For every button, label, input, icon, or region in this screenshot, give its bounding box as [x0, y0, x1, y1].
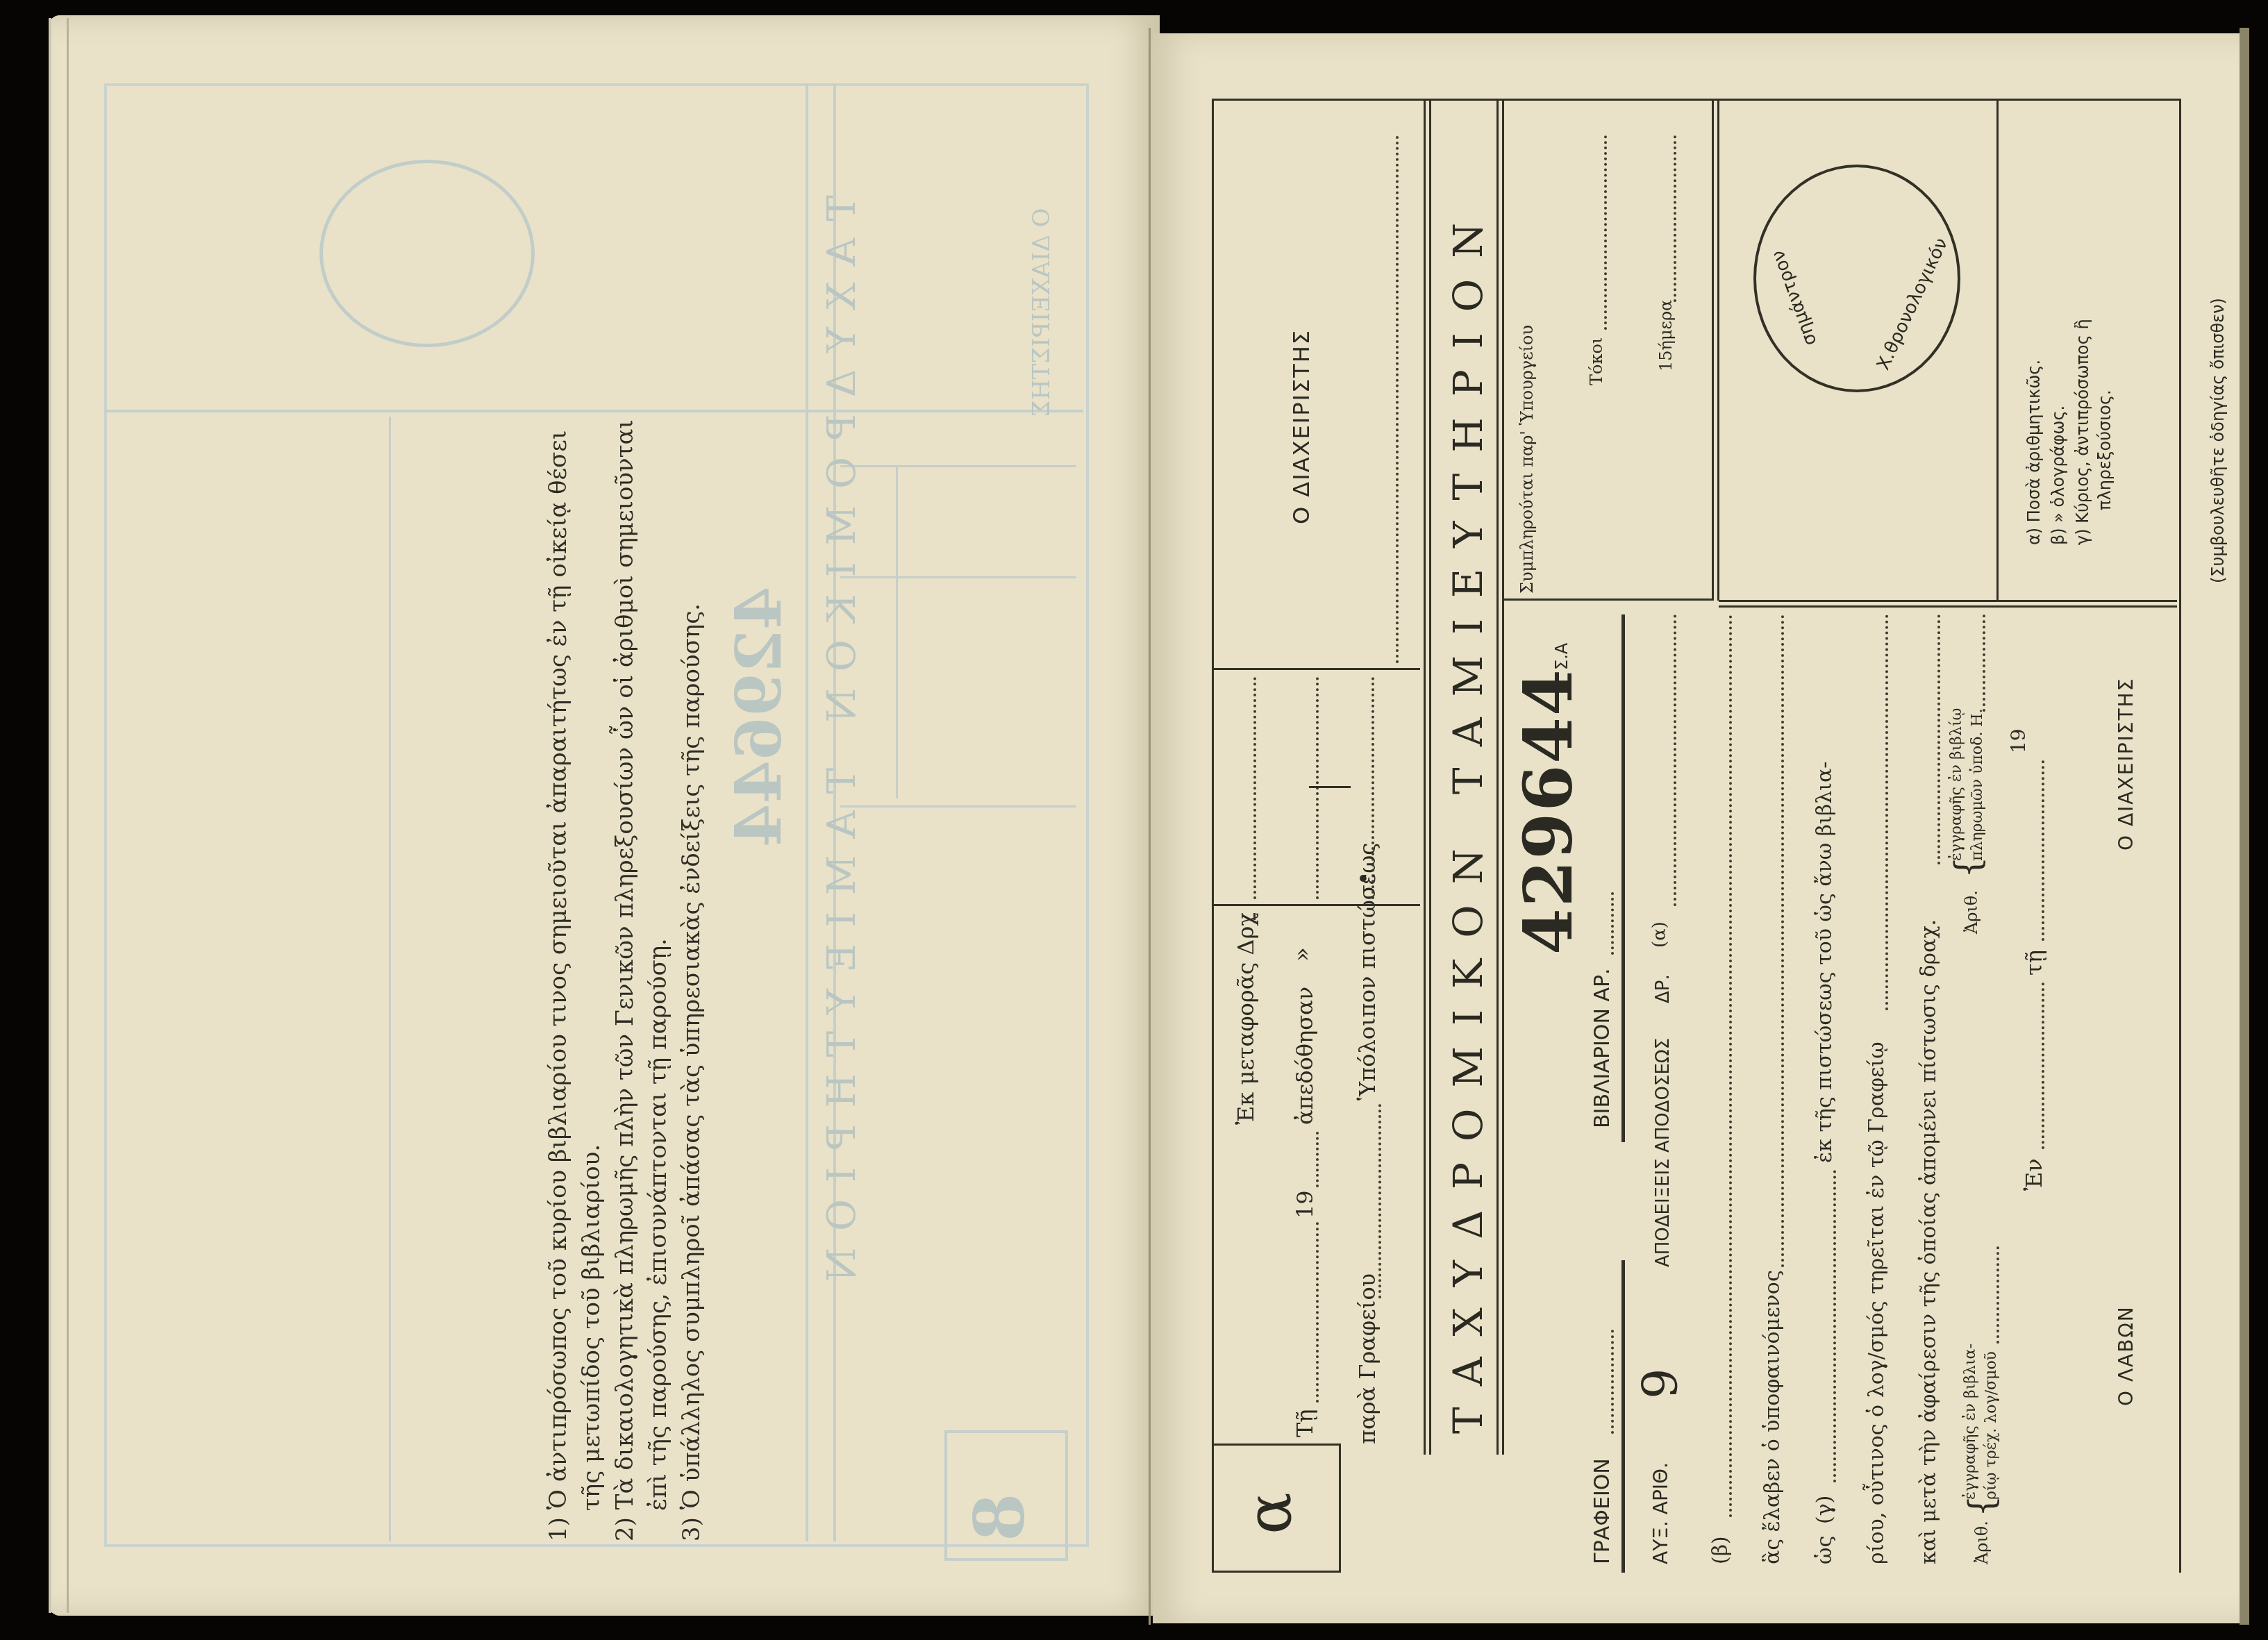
- instruction-1: 1) Ὁ ἀντιπρόσωπος τοῦ κυρίου βιβλιαρίου …: [542, 361, 575, 1541]
- year-label-2: 19: [2007, 728, 2030, 753]
- date-stamp-circle: σημάντρον Χ.θρονολογικόν: [1753, 165, 1960, 392]
- dr-label: ΔΡ.: [1653, 974, 1674, 1003]
- apedothesan-label: ἀπεδόθησαν: [1292, 987, 1318, 1125]
- booklet-number-field[interactable]: [1611, 892, 1614, 955]
- booklet-label: ΒΙΒΛΙΑΡΙΟΝ ΑΡ.: [1590, 968, 1615, 1128]
- title-rule-bottom-a: [1496, 101, 1499, 1455]
- tokoi-field[interactable]: [1604, 135, 1607, 330]
- instruction-2-cont: ἐπὶ τῆς παρούσης, ἐπισυνάπτονται τῇ παρο…: [642, 361, 675, 1541]
- ghost-corner-digit: 8: [958, 1493, 1040, 1541]
- office-field[interactable]: [1611, 1330, 1614, 1434]
- line-riou: ρίου, οὗτινος ὁ λογ/σμός τηρεῖται ἐν τῷ …: [1865, 1041, 1889, 1564]
- amount-divider: [1253, 913, 1256, 920]
- instructions-block: 1) Ὁ ἀντιπρόσωπος τοῦ κυρίου βιβλιαρίου …: [542, 361, 806, 1541]
- en-label: Ἐν: [2021, 1158, 2047, 1191]
- te-label-2: τῇ: [2021, 950, 2047, 976]
- arith2-line-b: ρίῳ τρέχ. λογ/σμοῦ: [1983, 1351, 2000, 1500]
- line-elaben: ἃς ἔλαβεν ὁ ὑποφαινόμενος: [1760, 1270, 1785, 1564]
- office-kept-field[interactable]: [1885, 614, 1888, 1010]
- footnote-b: β) » ὁλογράφως.: [2049, 405, 2068, 545]
- withdrawal-receipt-form: α Τῇ 19 ἀπεδόθησαν » Ἐκ μεταφορᾶς Δρχ πα…: [1212, 94, 2184, 1573]
- amount-b-field[interactable]: [1729, 614, 1732, 1517]
- footnote-g-cont: πληρεξούσιος.: [2095, 390, 2115, 510]
- te-label: Τῇ: [1292, 1409, 1318, 1437]
- date15-field[interactable]: [1674, 135, 1676, 302]
- office-underline: [1621, 1260, 1625, 1573]
- line-ek-tis: ἐκ τῆς πιστώσεως τοῦ ὡς ἄνω βιβλια-: [1812, 762, 1837, 1163]
- place-field[interactable]: [2042, 982, 2044, 1149]
- ghost-hline: [840, 576, 1076, 578]
- form-letter: α: [1233, 1492, 1306, 1534]
- instruction-1-cont: τῆς μετωπίδος τοῦ βιβλιαρίου.: [575, 361, 608, 1541]
- manager-bottom: Ο ΔΙΑΧΕΙΡΙΣΤΗΣ: [2115, 678, 2137, 851]
- receipts-label: ΑΠΟΔΕΙΞΕΙΣ ΑΠΟΔΟΣΕΩΣ: [1653, 1038, 1674, 1267]
- arith2-line-a: ἐγγραφῆς ἐν βιβλια-: [1962, 1344, 1979, 1500]
- instruction-3: 3) Ὁ ὑπάλληλος συμπληροῖ ἀπάσας τὰς ὑπηρ…: [675, 361, 708, 1541]
- ghost-stamp: [319, 160, 535, 347]
- form-top-rule: [1212, 101, 1214, 1448]
- ghost-hline: [840, 805, 1076, 808]
- tokoi-label: Τόκοι: [1587, 337, 1606, 385]
- aux-arith-value[interactable]: 9: [1632, 1368, 1689, 1399]
- office-label: ΓΡΑΦΕΙΟΝ: [1590, 1458, 1615, 1564]
- line-ws: ὡς: [1812, 1536, 1837, 1564]
- para-grafeiou-field[interactable]: [1378, 1104, 1381, 1298]
- receiver-signature-label: Ο ΛΑΒΩΝ: [2115, 1305, 2137, 1406]
- tokoi-box-rule-a: [1712, 101, 1714, 601]
- ghost-hline: [840, 465, 1076, 467]
- arith1-line-b: πληρωμῶν ὑποδ. Η.: [1969, 708, 1986, 861]
- amount-col-rule-2: [1212, 668, 1420, 670]
- tokoi-box-rule-b: [1717, 101, 1719, 601]
- ditto-mark: »: [1288, 947, 1316, 962]
- year-field[interactable]: [1316, 1132, 1319, 1187]
- booklet-underline: [1621, 614, 1625, 1142]
- ghost-title: ΤΑΧΥΔΡΟΜΙΚΟΝ ΤΑΜΙΕΥΤΗΡΙΟΝ: [819, 195, 865, 1298]
- date15-label: 15ήμερα: [1656, 300, 1676, 371]
- footnote-a: α) Ποσὰ ἀριθμητικῶς.: [2024, 360, 2044, 545]
- amount-col-rule: [1212, 904, 1420, 906]
- book-spine: [1149, 28, 1151, 1625]
- line-kai: καὶ μετὰ τὴν ἀφαίρεσιν τῆς ὁποίας ἀπομέν…: [1917, 919, 1941, 1564]
- year-label: 19: [1292, 1190, 1318, 1219]
- serial-number: 429644: [1509, 668, 1587, 955]
- date-field[interactable]: [2042, 760, 2044, 941]
- open-passbook: ΤΑΧΥΔΡΟΜΙΚΟΝ ΤΑΜΙΕΥΤΗΡΙΟΝ 429644 Ο ΔΙΑΧΕ…: [0, 0, 2268, 1640]
- remaining-credit-field[interactable]: [1937, 614, 1940, 864]
- ghost-heading: Ο ΔΙΑΧΕΙΡΙΣΤΗΣ: [1028, 208, 1056, 417]
- amount-a-field[interactable]: [1674, 614, 1676, 906]
- para-grafeiou-label: παρὰ Γραφείου: [1354, 1273, 1381, 1444]
- cents-rule: [1309, 786, 1351, 788]
- amount-field-3[interactable]: [1371, 677, 1374, 899]
- ghost-vline: [896, 465, 898, 798]
- footnote-g: γ) Κύριος, ἀντιπρόσωπος ἢ: [2073, 319, 2092, 545]
- arith2-label: Ἀριθ.: [1972, 1521, 1992, 1564]
- mark-g: (γ): [1812, 1496, 1837, 1524]
- arith1-label: Ἀριθ.: [1962, 890, 1981, 934]
- form-title: ΤΑΧΥΔΡΟΜΙΚΟΝ ΤΑΜΙΕΥΤΗΡΙΟΝ: [1444, 202, 1492, 1434]
- instruction-2: 2) Τὰ δικαιολογητικὰ πληρωμῆς πλὴν τῶν Γ…: [608, 361, 642, 1541]
- title-rule-top-a: [1424, 101, 1426, 1455]
- arith2-field[interactable]: [1996, 1246, 1999, 1344]
- serial-cell-rule: [1503, 599, 1712, 601]
- te-field[interactable]: [1316, 1222, 1319, 1403]
- manager-signature-line[interactable]: [1396, 135, 1399, 663]
- arith1-line-a: ἐγγραφῆς ἐν βιβλίῳ: [1948, 708, 1965, 861]
- aux-arith-label: ΑΥΞ. ΑΡΙΘ.: [1649, 1462, 1672, 1564]
- amount-field-2[interactable]: [1316, 677, 1319, 899]
- mark-b: (β): [1708, 1536, 1733, 1564]
- ghost-vline: [806, 83, 808, 1541]
- page-edge: [2240, 28, 2249, 1625]
- receiver-name-field[interactable]: [1781, 614, 1784, 1267]
- serial-suffix: Σ.Α: [1552, 643, 1571, 670]
- manager-top: Ο ΔΙΑΧΕΙΡΙΣΤΗΣ: [1288, 329, 1315, 524]
- title-rule-bottom-b: [1502, 101, 1504, 1455]
- margin-note-wrap: (Συμβουλευθῆτε ὁδηγίας ὄπισθεν): [2208, 298, 2228, 583]
- footnote-rule: [1996, 101, 1999, 601]
- amount-col-top: [1212, 663, 1214, 670]
- dot-mark: •: [1351, 871, 1378, 885]
- margin-note: (Συμβουλευθῆτε ὁδηγίας ὄπισθεν): [2208, 298, 2228, 583]
- capacity-field[interactable]: [1833, 1170, 1836, 1482]
- supplement-note: Συμπληρούται παρ' Ὑπουργείου: [1517, 325, 1537, 594]
- title-rule-top-b: [1429, 101, 1431, 1455]
- mark-a: (α): [1649, 921, 1670, 948]
- arith1-field[interactable]: [1983, 614, 1985, 712]
- stamp-col-rule-b: [1719, 600, 2177, 602]
- ghost-vline: [389, 417, 391, 1541]
- amount-field-1[interactable]: [1253, 677, 1256, 899]
- stamp-col-rule-a: [1719, 605, 2177, 608]
- stamp-top-text: σημάντρον: [1767, 247, 1821, 348]
- ek-metaforas-label: Ἐκ μεταφορᾶς Δρχ: [1233, 912, 1259, 1125]
